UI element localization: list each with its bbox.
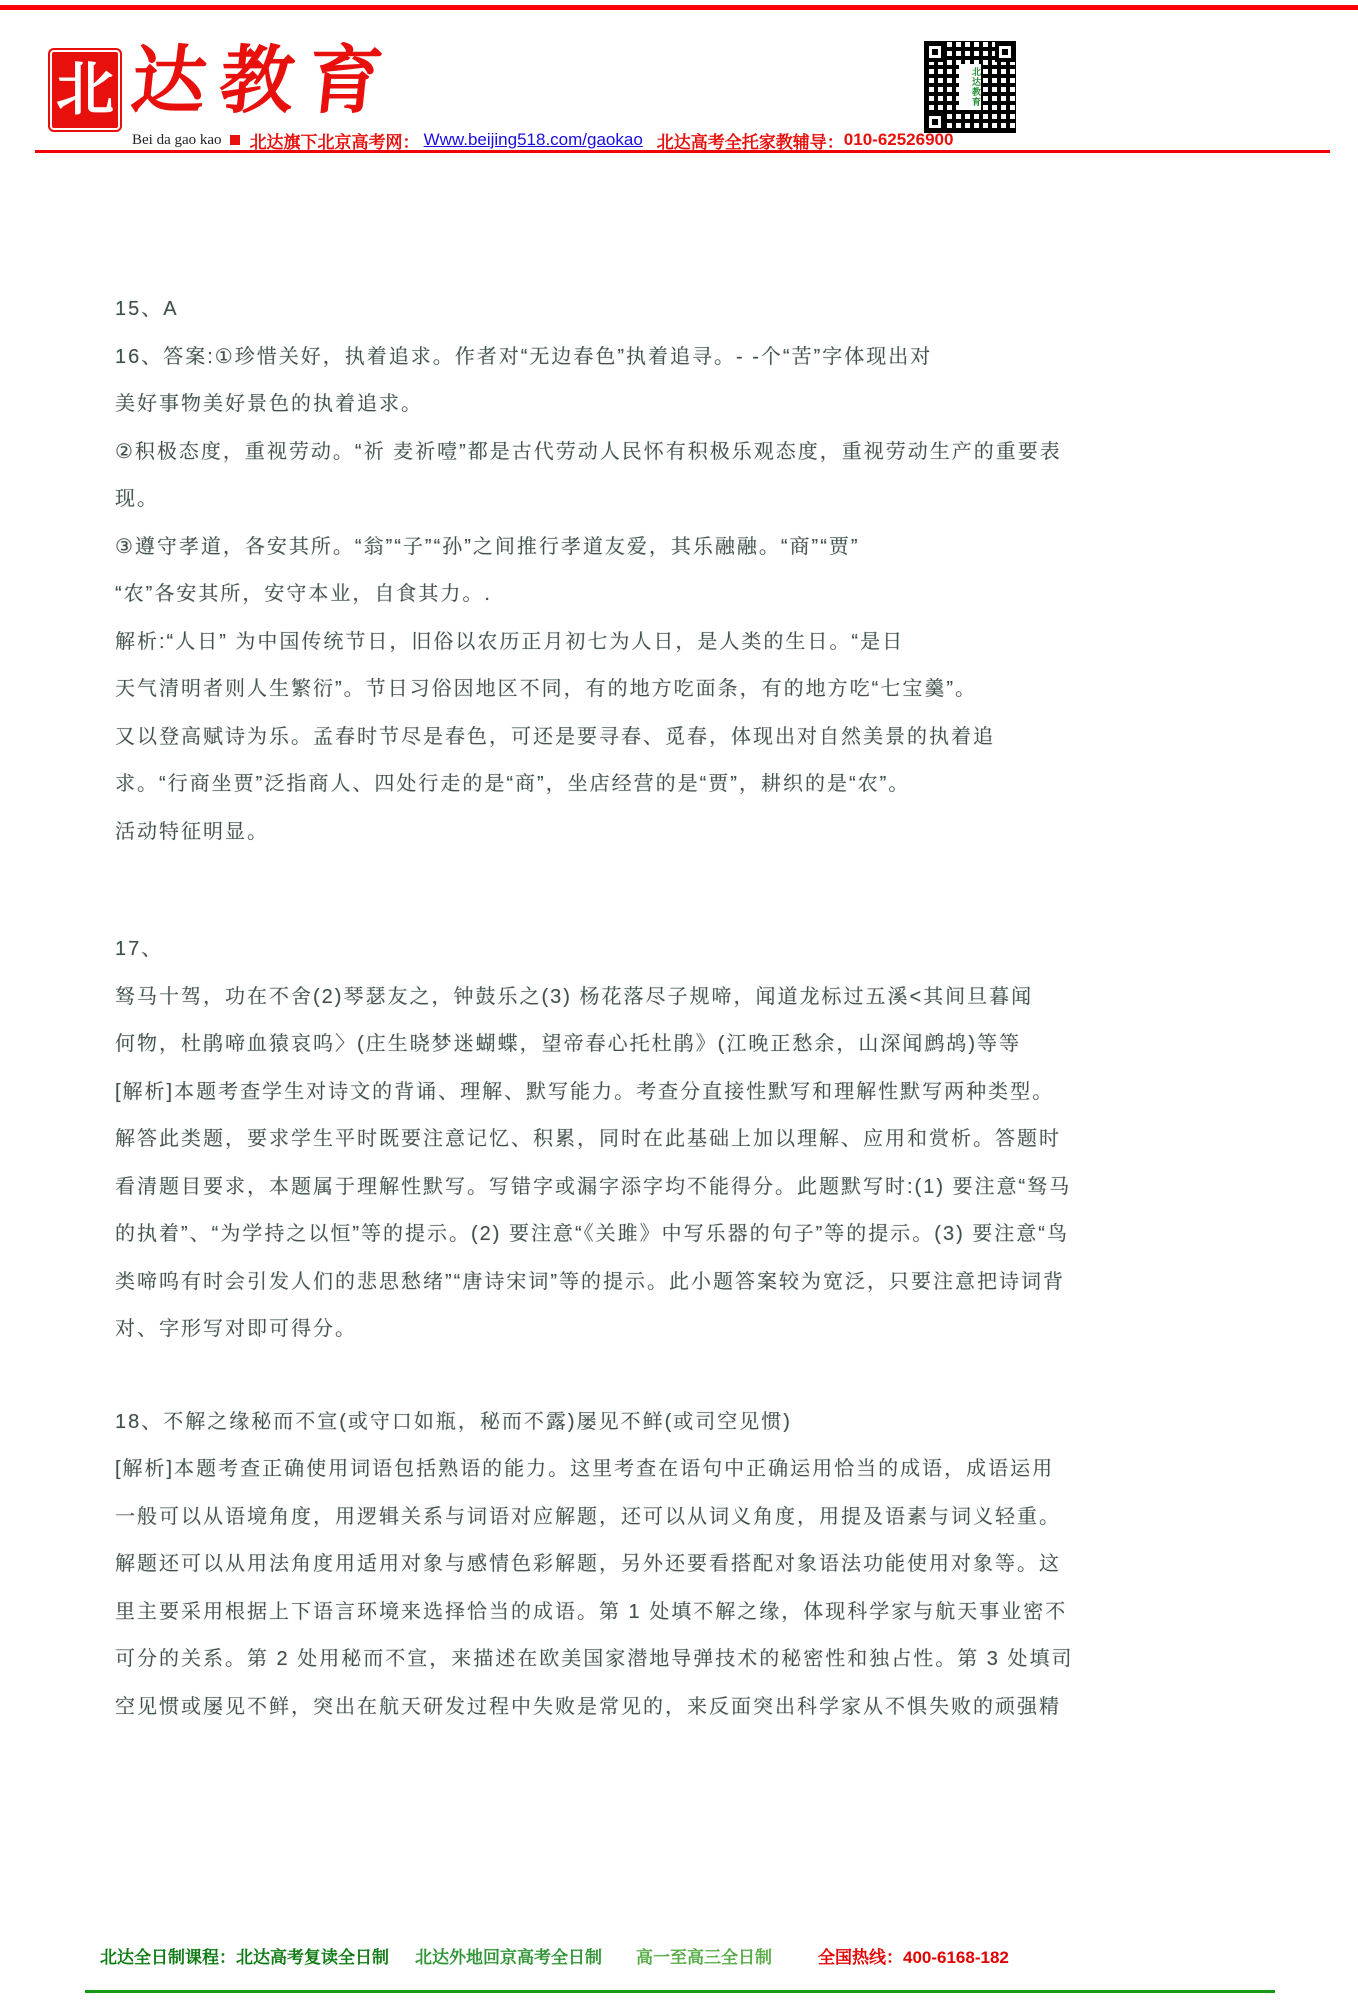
answer-section-q15: 15、A	[115, 283, 1100, 331]
text-line: [解析]本题考查正确使用词语包括熟语的能力。这里考查在语句中正确运用恰当的成语，…	[115, 1443, 1100, 1491]
text-line: 解题还可以从用法角度用适用对象与感情色彩解题，另外还要看搭配对象语法功能使用对象…	[115, 1538, 1100, 1586]
header-tagline: Bei da gao kao 北达旗下北京高考网： Www.beijing518…	[132, 129, 953, 151]
footer-nonlocal-course: 北达外地回京高考全日制	[415, 1943, 602, 1968]
footer-grade-range: 高一至高三全日制	[636, 1943, 772, 1968]
text-line: 类啼呜有时会引发人们的悲思愁绪”“唐诗宋词”等的提示。此小题答案较为宽泛，只要注…	[115, 1256, 1100, 1304]
site-label: 北达旗下北京高考网：	[250, 128, 420, 153]
text-line: 驽马十驾，功在不舍(2)琴瑟友之，钟鼓乐之(3) 杨花落尽子规啼，闻道龙标过五溪…	[115, 971, 1100, 1019]
answer-section-q17: 17、驽马十驾，功在不舍(2)琴瑟友之，钟鼓乐之(3) 杨花落尽子规啼，闻道龙标…	[115, 923, 1100, 1351]
text-line: ③遵守孝道，各安其所。“翁”“子”“孙”之间推行孝道友爱，其乐融融。“商”“贾”	[115, 521, 1100, 569]
footer: 北达全日制课程：北达高考复读全日制 北达外地回京高考全日制 高一至高三全日制 全…	[100, 1943, 1300, 1968]
answer-section-q16: 16、答案:①珍惜关好，执着追求。作者对“无边春色”执着追寻。- -个“苦”字体…	[115, 331, 1100, 854]
text-line: 天气清明者则人生繁衍”。节日习俗因地区不同，有的地方吃面条，有的地方吃“七宝羹”…	[115, 663, 1100, 711]
text-line: 的执着”、“为学持之以恒”等的提示。(2) 要注意“《关雎》中写乐器的句子”等的…	[115, 1208, 1100, 1256]
text-line: 可分的关系。第 2 处用秘而不宣，来描述在欧美国家潜地导弹技术的秘密性和独占性。…	[115, 1633, 1100, 1681]
text-line: 看清题目要求，本题属于理解性默写。写错字或漏字添字均不能得分。此题默写时:(1)…	[115, 1161, 1100, 1209]
tutoring-phone: 010-62526900	[844, 130, 954, 150]
qr-finder-icon	[925, 112, 945, 132]
text-line: 何物，杜鹃啼血猿哀呜〉(庄生晓梦迷蝴蝶，望帝春心托杜鹃》(江晚正愁余，山深闻鹧鸪…	[115, 1018, 1100, 1066]
footer-hotline: 全国热线：400-6168-182	[818, 1943, 1009, 1968]
qr-finder-icon	[925, 42, 945, 62]
top-red-bar	[0, 5, 1358, 10]
qr-finder-icon	[995, 42, 1015, 62]
footer-divider	[85, 1990, 1275, 1993]
brand-wordmark: 达教育	[127, 38, 400, 124]
text-line: 18、不解之缘秘而不宣(或守口如瓶，秘而不露)屡见不鲜(或司空见惯)	[115, 1396, 1100, 1444]
text-line: 现。	[115, 473, 1100, 521]
text-line: 里主要采用根据上下语言环境来选择恰当的成语。第 1 处填不解之缘，体现科学家与航…	[115, 1586, 1100, 1634]
text-line: 16、答案:①珍惜关好，执着追求。作者对“无边春色”执着追寻。- -个“苦”字体…	[115, 331, 1100, 379]
text-line: 解答此类题，要求学生平时既要注意记忆、积累，同时在此基础上加以理解、应用和赏析。…	[115, 1113, 1100, 1161]
text-line: “农”各安其所，安守本业，自食其力。.	[115, 568, 1100, 616]
text-line: 17、	[115, 923, 1100, 971]
text-line: 对、字形写对即可得分。	[115, 1303, 1100, 1351]
answer-content: 15、A16、答案:①珍惜关好，执着追求。作者对“无边春色”执着追寻。- -个“…	[115, 283, 1100, 1728]
text-line: 又以登高赋诗为乐。孟春时节尽是春色，可还是要寻春、觅春，体现出对自然美景的执着追	[115, 711, 1100, 759]
text-line: 15、A	[115, 283, 1100, 331]
brand-subtitle: Bei da gao kao	[132, 132, 222, 149]
document-page: 北 达教育 Bei da gao kao 北达旗下北京高考网： Www.beij…	[0, 0, 1358, 2008]
footer-fulltime-courses: 北达全日制课程：北达高考复读全日制	[100, 1943, 389, 1968]
brand-seal-logo: 北	[48, 48, 122, 132]
text-line: 活动特征明显。	[115, 806, 1100, 854]
red-square-bullet	[230, 135, 240, 145]
answer-section-q18: 18、不解之缘秘而不宣(或守口如瓶，秘而不露)屡见不鲜(或司空见惯)[解析]本题…	[115, 1396, 1100, 1729]
text-line: 解析:“人日” 为中国传统节日，旧俗以农历正月初七为人日，是人类的生日。“是日	[115, 616, 1100, 664]
qr-center-label: 北达教育	[959, 64, 981, 110]
text-line: ②积极态度，重视劳动。“祈 麦祈噎”都是古代劳动人民怀有积极乐观态度，重视劳动生…	[115, 426, 1100, 474]
text-line: 一般可以从语境角度，用逻辑关系与词语对应解题，还可以从词义角度，用提及语素与词义…	[115, 1491, 1100, 1539]
tutoring-label: 北达高考全托家教辅导：	[657, 128, 844, 153]
text-line: 求。“行商坐贾”泛指商人、四处行走的是“商”，坐店经营的是“贾”，耕织的是“农”…	[115, 758, 1100, 806]
text-line: 美好事物美好景色的执着追求。	[115, 378, 1100, 426]
text-line: 空见惯或屡见不鲜，突出在航天研发过程中失败是常见的，来反面突出科学家从不惧失败的…	[115, 1681, 1100, 1729]
qr-code: 北达教育	[925, 42, 1015, 132]
site-link[interactable]: Www.beijing518.com/gaokao	[424, 130, 643, 150]
text-line: [解析]本题考查学生对诗文的背诵、理解、默写能力。考查分直接性默写和理解性默写两…	[115, 1066, 1100, 1114]
header-divider	[35, 150, 1330, 153]
